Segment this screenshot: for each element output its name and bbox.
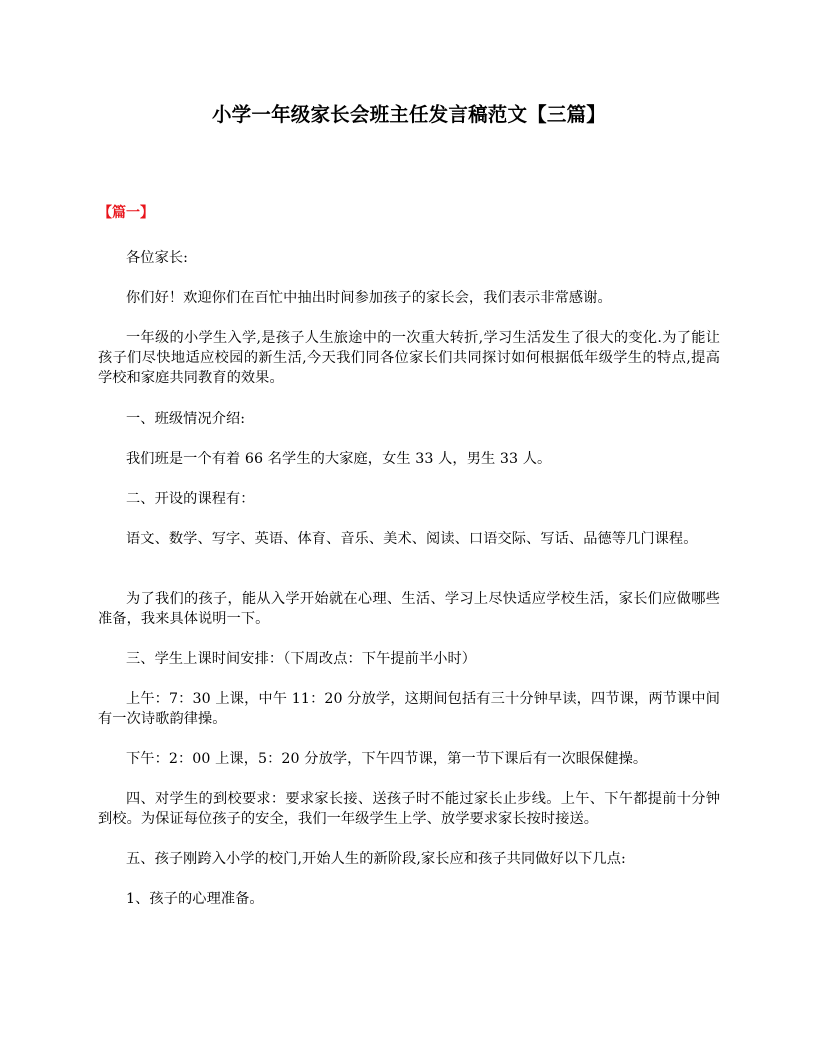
document-title: 小学一年级家长会班主任发言稿范文【三篇】: [98, 99, 720, 127]
paragraph-morning-schedule: 上午：7：30 上课，中午 11：20 分放学，这期间包括有三十分钟早读，四节课…: [98, 689, 720, 729]
paragraph-intro: 一年级的小学生入学,是孩子人生旅途中的一次重大转折,学习生活发生了很大的变化.为…: [98, 328, 720, 388]
heading-schedule: 三、学生上课时间安排：（下周改点：下午提前半小时）: [98, 649, 720, 669]
paragraph-greeting: 各位家长:: [98, 248, 720, 268]
paragraph-welcome: 你们好！欢迎你们在百忙中抽出时间参加孩子的家长会，我们表示非常感谢。: [98, 288, 720, 308]
section-label: 【篇一】: [98, 202, 154, 222]
paragraph-arrival-requirements: 四、对学生的到校要求：要求家长接、送孩子时不能过家长止步线。上午、下午都提前十分…: [98, 789, 720, 829]
heading-new-stage: 五、孩子刚跨入小学的校门,开始人生的新阶段,家长应和孩子共同做好以下几点:: [98, 849, 720, 869]
paragraph-afternoon-schedule: 下午：2：00 上课，5：20 分放学，下午四节课，第一节下课后有一次眼保健操。: [98, 749, 720, 769]
paragraph-courses: 语文、数学、写字、英语、体育、音乐、美术、阅读、口语交际、写话、品德等几门课程。: [98, 529, 720, 549]
paragraph-preparation: 为了我们的孩子，能从入学开始就在心理、生活、学习上尽快适应学校生活，家长们应做哪…: [98, 589, 720, 629]
paragraph-class-info: 我们班是一个有着 66 名学生的大家庭，女生 33 人，男生 33 人。: [98, 449, 720, 469]
heading-courses: 二、开设的课程有：: [98, 489, 720, 509]
item-psychological-preparation: 1、孩子的心理准备。: [98, 889, 720, 909]
heading-class-info: 一、班级情况介绍:: [98, 409, 720, 429]
